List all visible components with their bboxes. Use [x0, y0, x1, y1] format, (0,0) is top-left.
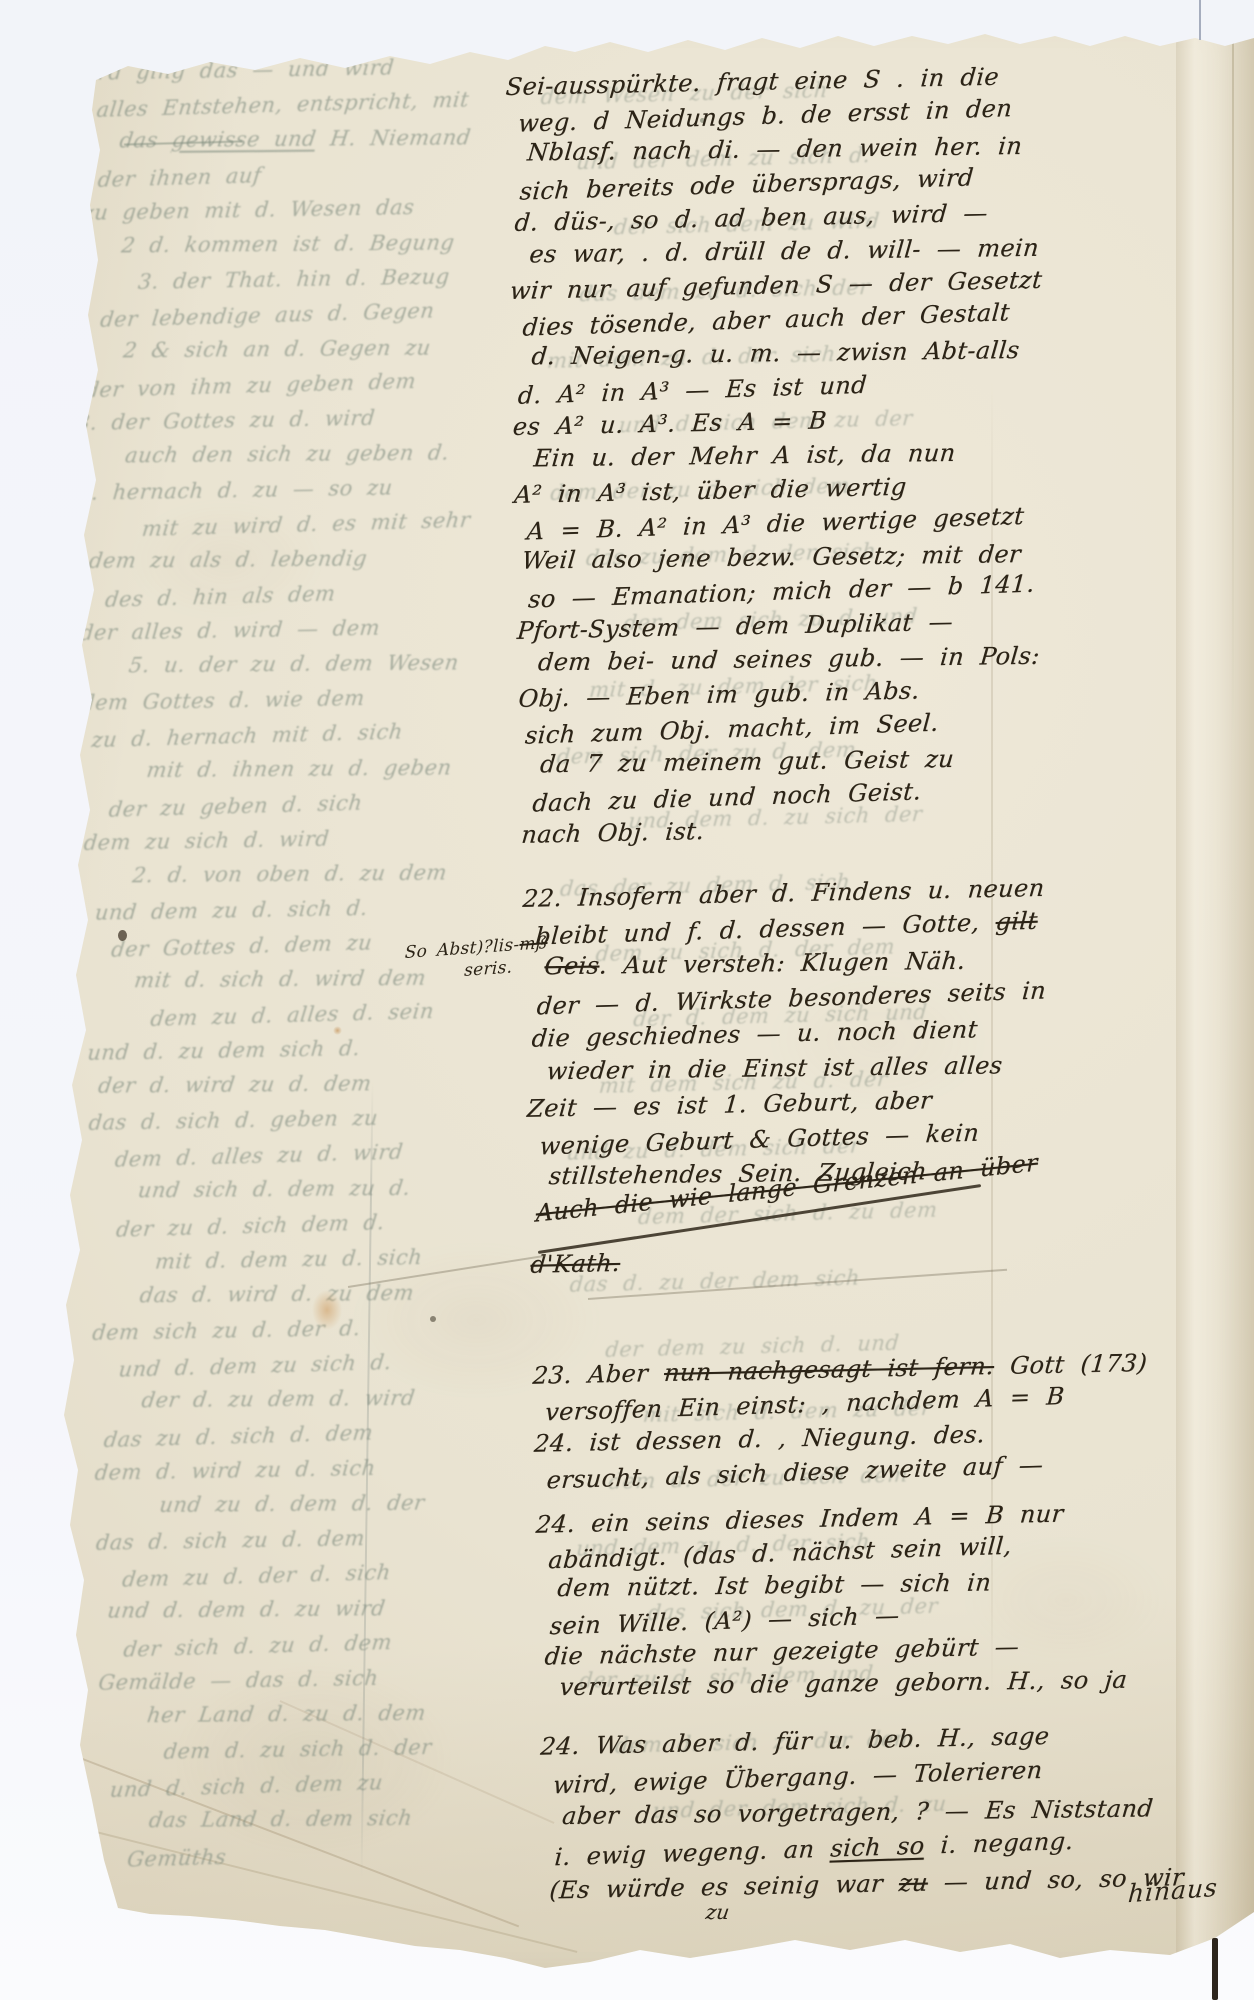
text-segment: i. ewig wegeng. an — [554, 1835, 832, 1872]
text-segment: wieder in die Einst ist alles alles — [545, 1051, 1003, 1085]
text-segment: zu geben mit d. Wesen das — [82, 195, 416, 225]
text-segment: der sich d. zu d. dem — [122, 1630, 393, 1662]
main-text-column: Sei-ausspürkte. fragt eine S . in dieweg… — [505, 38, 1104, 1908]
insertion-mark: zu — [704, 1900, 731, 1924]
text-segment: zu d. hernach mit d. sich — [90, 719, 404, 752]
text-segment: und d. dem zu sich d. — [117, 1350, 393, 1382]
text-segment: her Land d. zu d. dem — [146, 1701, 428, 1727]
text-segment: dem Gottes d. wie dem — [80, 686, 366, 715]
text-segment: 2. hernach d. zu — so zu — [77, 475, 394, 505]
text-segment: das d. sich d. geben zu — [88, 1106, 380, 1135]
manuscript-page: mird ging das — und wirdalles Entstehen,… — [0, 0, 1254, 2000]
text-segment: dem nützt. Ist begibt — sich in — [556, 1568, 992, 1602]
text-segment: 2 d. kommen ist d. Begung — [120, 230, 456, 257]
text-segment: der lebendige aus d. Gegen — [99, 298, 436, 331]
verso-text-line: mit d. dem zu d. sich — [154, 1238, 553, 1280]
text-segment: der alles d. wird — dem — [79, 616, 381, 645]
text-segment: mit d. dem zu d. sich — [154, 1245, 423, 1274]
paper-stain — [333, 1026, 342, 1035]
verso-text-line: der d. wird zu d. dem — [96, 1065, 550, 1104]
text-segment: und zu d. dem d. der — [158, 1491, 426, 1517]
text-segment: das — [118, 128, 174, 153]
text-segment: es war, . d. drüll de d. will- — mein — [528, 234, 1040, 269]
text-segment: und d. sich d. dem zu — [109, 1770, 385, 1802]
paper-speck — [430, 1316, 436, 1322]
right-fold-highlight — [1176, 0, 1254, 2000]
verso-text-line: das d. wird d. zu dem — [138, 1275, 554, 1314]
text-segment: dem zu sich d. wird — [83, 827, 331, 855]
text-segment: dem zu als d. lebendig — [88, 546, 369, 572]
text-segment: mß — [519, 933, 548, 955]
text-segment: 2 & sich an d. Gegen zu — [122, 336, 433, 363]
text-segment: der zu d. sich dem d. — [115, 1210, 386, 1242]
verso-text-line: 2. d. von oben d. zu dem — [130, 855, 546, 894]
text-segment: d. düs-, so d. ad ben aus, wird — — [513, 199, 989, 237]
text-segment: sich so — [829, 1832, 925, 1863]
verso-text-line: auch den sich zu geben d. — [123, 435, 539, 474]
manuscript-paragraph-24c: 24. Was aber d. für u. beb. H., sagewird… — [540, 1717, 1104, 1909]
text-segment: und sich d. dem zu d. — [137, 1176, 413, 1202]
text-segment: Gemälde — das d. sich — [97, 1666, 379, 1695]
text-segment: dem d. alles zu d. wird — [114, 1140, 405, 1172]
text-segment: der ihnen auf — [97, 163, 263, 192]
text-segment: mit d. sich d. wird dem — [133, 966, 428, 993]
manuscript-paragraph-23: 23. Aber nun nachgesagt ist fern. Gott (… — [532, 1347, 1093, 1427]
text-segment: d'Kath. — [529, 1249, 621, 1279]
text-segment: zu — [898, 1869, 929, 1898]
scan-background: mird ging das — und wirdalles Entstehen,… — [0, 0, 1254, 2000]
text-segment: 23. Aber — [532, 1359, 666, 1390]
text-segment: mit d. ihnen zu d. geben — [145, 755, 453, 782]
manuscript-line: verurteilst so die ganze geborn. H., so … — [558, 1664, 1101, 1704]
text-segment: der d. wird zu d. dem — [97, 1071, 373, 1097]
text-segment: das zu d. sich d. dem — [103, 1420, 375, 1452]
text-segment: verurteilst so die ganze geborn. H., so … — [558, 1666, 1128, 1701]
text-segment: Pfort-System — dem Duplikat — — [516, 608, 954, 645]
text-segment: alles Entstehen, entspricht, mit — [95, 87, 470, 121]
text-segment: des d. hin als dem — [104, 581, 337, 611]
scanner-edge-line — [1199, 0, 1201, 40]
vertical-crease-right — [1232, 40, 1234, 740]
text-segment: und dem zu d. sich d. — [94, 896, 369, 925]
text-segment: die nächste nur gezeigte gebürt — — [544, 1633, 1021, 1671]
verso-text-line: 2 d. kommen ist d. Begung — [119, 225, 535, 264]
verso-text-line: 5. u. der zu d. dem Wesen — [127, 645, 543, 684]
text-segment: die geschiednes — u. noch dient — [531, 1015, 979, 1052]
verso-text-line: und zu d. dem d. der — [157, 1484, 557, 1523]
manuscript-paragraph-22: 22. Insofern aber d. Findens u. neuenble… — [522, 870, 1090, 1283]
text-segment: dem d. zu sich d. der — [163, 1735, 433, 1764]
text-segment: das d. sich zu d. dem — [95, 1526, 366, 1555]
binding-thread — [1212, 1938, 1218, 2000]
manuscript-paragraph-24b: 24. ein seins dieses Indem A = B nurabän… — [536, 1497, 1100, 1707]
text-segment: da 7 zu meinem gut. Geist zu — [539, 745, 955, 778]
text-segment: dem zu d. der d. sich — [121, 1560, 392, 1592]
text-segment: Zeit — es ist 1. Geburt, aber — [526, 1086, 933, 1123]
paper-speck — [118, 930, 127, 941]
text-segment: Ein u. der Mehr A ist, da nun — [533, 439, 957, 473]
text-segment: 3. der That. hin d. Bezug — [137, 264, 451, 293]
text-segment: und d. dem d. zu wird — [106, 1596, 387, 1622]
text-segment: der zu geben d. sich — [108, 791, 364, 822]
manuscript-line: d'Kath. — [529, 1236, 1092, 1283]
text-segment: der Gottes d. dem zu — [110, 930, 374, 961]
text-segment: . Aut versteh: Klugen Näh. — [598, 947, 967, 980]
text-segment: und d. zu dem sich d. — [86, 1036, 361, 1065]
text-segment: i. negang. — [924, 1827, 1075, 1860]
text-segment: gilt — [995, 907, 1039, 936]
text-segment: Gemüths — [126, 1845, 228, 1872]
text-segment: dem d. wird zu d. sich — [94, 1456, 377, 1485]
text-segment: 3. der Gottes zu d. wird — [75, 406, 376, 435]
paper-speck — [620, 1964, 626, 1969]
text-segment: das d. wird d. zu dem — [138, 1281, 415, 1307]
manuscript-paragraph: Sei-ausspürkte. fragt eine S . in dieweg… — [505, 38, 1082, 852]
text-segment: das Land d. dem sich — [148, 1806, 414, 1832]
text-segment: nach Obj. ist. — [520, 817, 705, 849]
paper-stain — [312, 1290, 342, 1330]
text-segment: 2. d. von oben d. zu dem — [131, 860, 449, 887]
text-segment: seris. — [464, 957, 513, 980]
text-segment: dem bei- und seines gub. — in Pols: — [537, 642, 1041, 677]
text-segment: mit zu wird d. es mit sehr — [141, 508, 472, 541]
text-segment: dem zu d. alles d. sein — [149, 999, 435, 1031]
text-segment: Gott (173) — [993, 1349, 1148, 1380]
text-segment: 5. u. der zu d. dem Wesen — [127, 650, 460, 677]
text-segment: auch den sich zu geben d. — [124, 440, 451, 467]
text-segment: gewisse und — [171, 127, 318, 152]
verso-text-line: her Land d. zu d. dem — [145, 1694, 561, 1733]
text-segment: mird ging das — und wird — [69, 55, 395, 85]
text-segment: der von ihm zu geben dem — [84, 369, 417, 402]
text-segment: der d. zu dem d. wird — [140, 1386, 416, 1412]
text-segment: es A² u. A³. Es A = B — [512, 406, 828, 441]
text-segment: H. Niemand — [315, 125, 473, 150]
manuscript-paragraph-24a: 24. ist dessen d. , Niegung. des.ersucht… — [534, 1415, 1095, 1495]
